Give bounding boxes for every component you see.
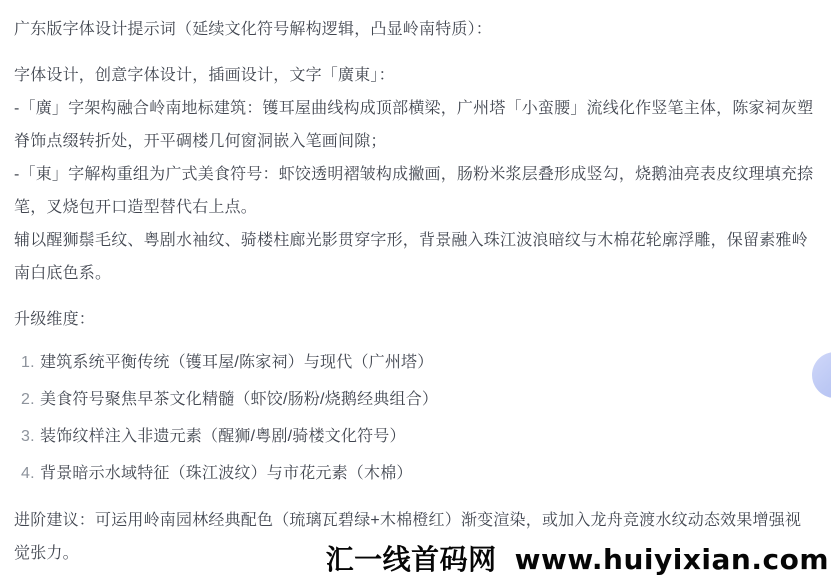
list-item-number: 4. bbox=[21, 457, 40, 490]
list-item-text: 背景暗示水域特征（珠江波纹）与市花元素（木棉） bbox=[40, 457, 413, 490]
bullet-guang-paragraph: -「廣」字架构融合岭南地标建筑：镬耳屋曲线构成顶部横梁，广州塔「小蛮腰」流线化作… bbox=[14, 92, 816, 158]
list-item: 4. 背景暗示水域特征（珠江波纹）与市花元素（木棉） bbox=[21, 457, 816, 490]
prompt-lead-line: 字体设计，创意字体设计，插画设计，文字「廣東」： bbox=[14, 59, 816, 92]
list-item: 1. 建筑系统平衡传统（镬耳屋/陈家祠）与现代（广州塔） bbox=[21, 346, 816, 379]
list-item-text: 装饰纹样注入非遗元素（醒狮/粤剧/骑楼文化符号） bbox=[40, 420, 406, 453]
watermark-site-name: 汇一线首码网 bbox=[326, 543, 497, 576]
decoration-paragraph: 辅以醒狮鬃毛纹、粤剧水袖纹、骑楼柱廊光影贯穿字形，背景融入珠江波浪暗纹与木棉花轮… bbox=[14, 224, 816, 290]
bullet-dong-paragraph: -「東」字解构重组为广式美食符号：虾饺透明褶皱构成撇画，肠粉米浆层叠形成竖勾，烧… bbox=[14, 158, 816, 224]
upgrade-heading: 升级维度： bbox=[14, 303, 816, 336]
list-item: 2. 美食符号聚焦早茶文化精髓（虾饺/肠粉/烧鹅经典组合） bbox=[21, 383, 816, 416]
document-body: 广东版字体设计提示词（延续文化符号解构逻辑，凸显岭南特质）： 字体设计，创意字体… bbox=[14, 13, 816, 570]
list-item: 3. 装饰纹样注入非遗元素（醒狮/粤剧/骑楼文化符号） bbox=[21, 420, 816, 453]
list-item-text: 美食符号聚焦早茶文化精髓（虾饺/肠粉/烧鹅经典组合） bbox=[40, 383, 438, 416]
upgrade-list: 1. 建筑系统平衡传统（镬耳屋/陈家祠）与现代（广州塔） 2. 美食符号聚焦早茶… bbox=[14, 346, 816, 490]
document-page: 广东版字体设计提示词（延续文化符号解构逻辑，凸显岭南特质）： 字体设计，创意字体… bbox=[0, 0, 831, 581]
intro-line: 广东版字体设计提示词（延续文化符号解构逻辑，凸显岭南特质）： bbox=[14, 13, 816, 46]
watermark-site-url: www.huiyixian.com bbox=[515, 543, 829, 576]
list-item-text: 建筑系统平衡传统（镬耳屋/陈家祠）与现代（广州塔） bbox=[40, 346, 433, 379]
list-item-number: 2. bbox=[21, 383, 40, 416]
list-item-number: 1. bbox=[21, 346, 40, 379]
watermark: 汇一线首码网www.huiyixian.com bbox=[326, 538, 829, 578]
list-item-number: 3. bbox=[21, 420, 40, 453]
